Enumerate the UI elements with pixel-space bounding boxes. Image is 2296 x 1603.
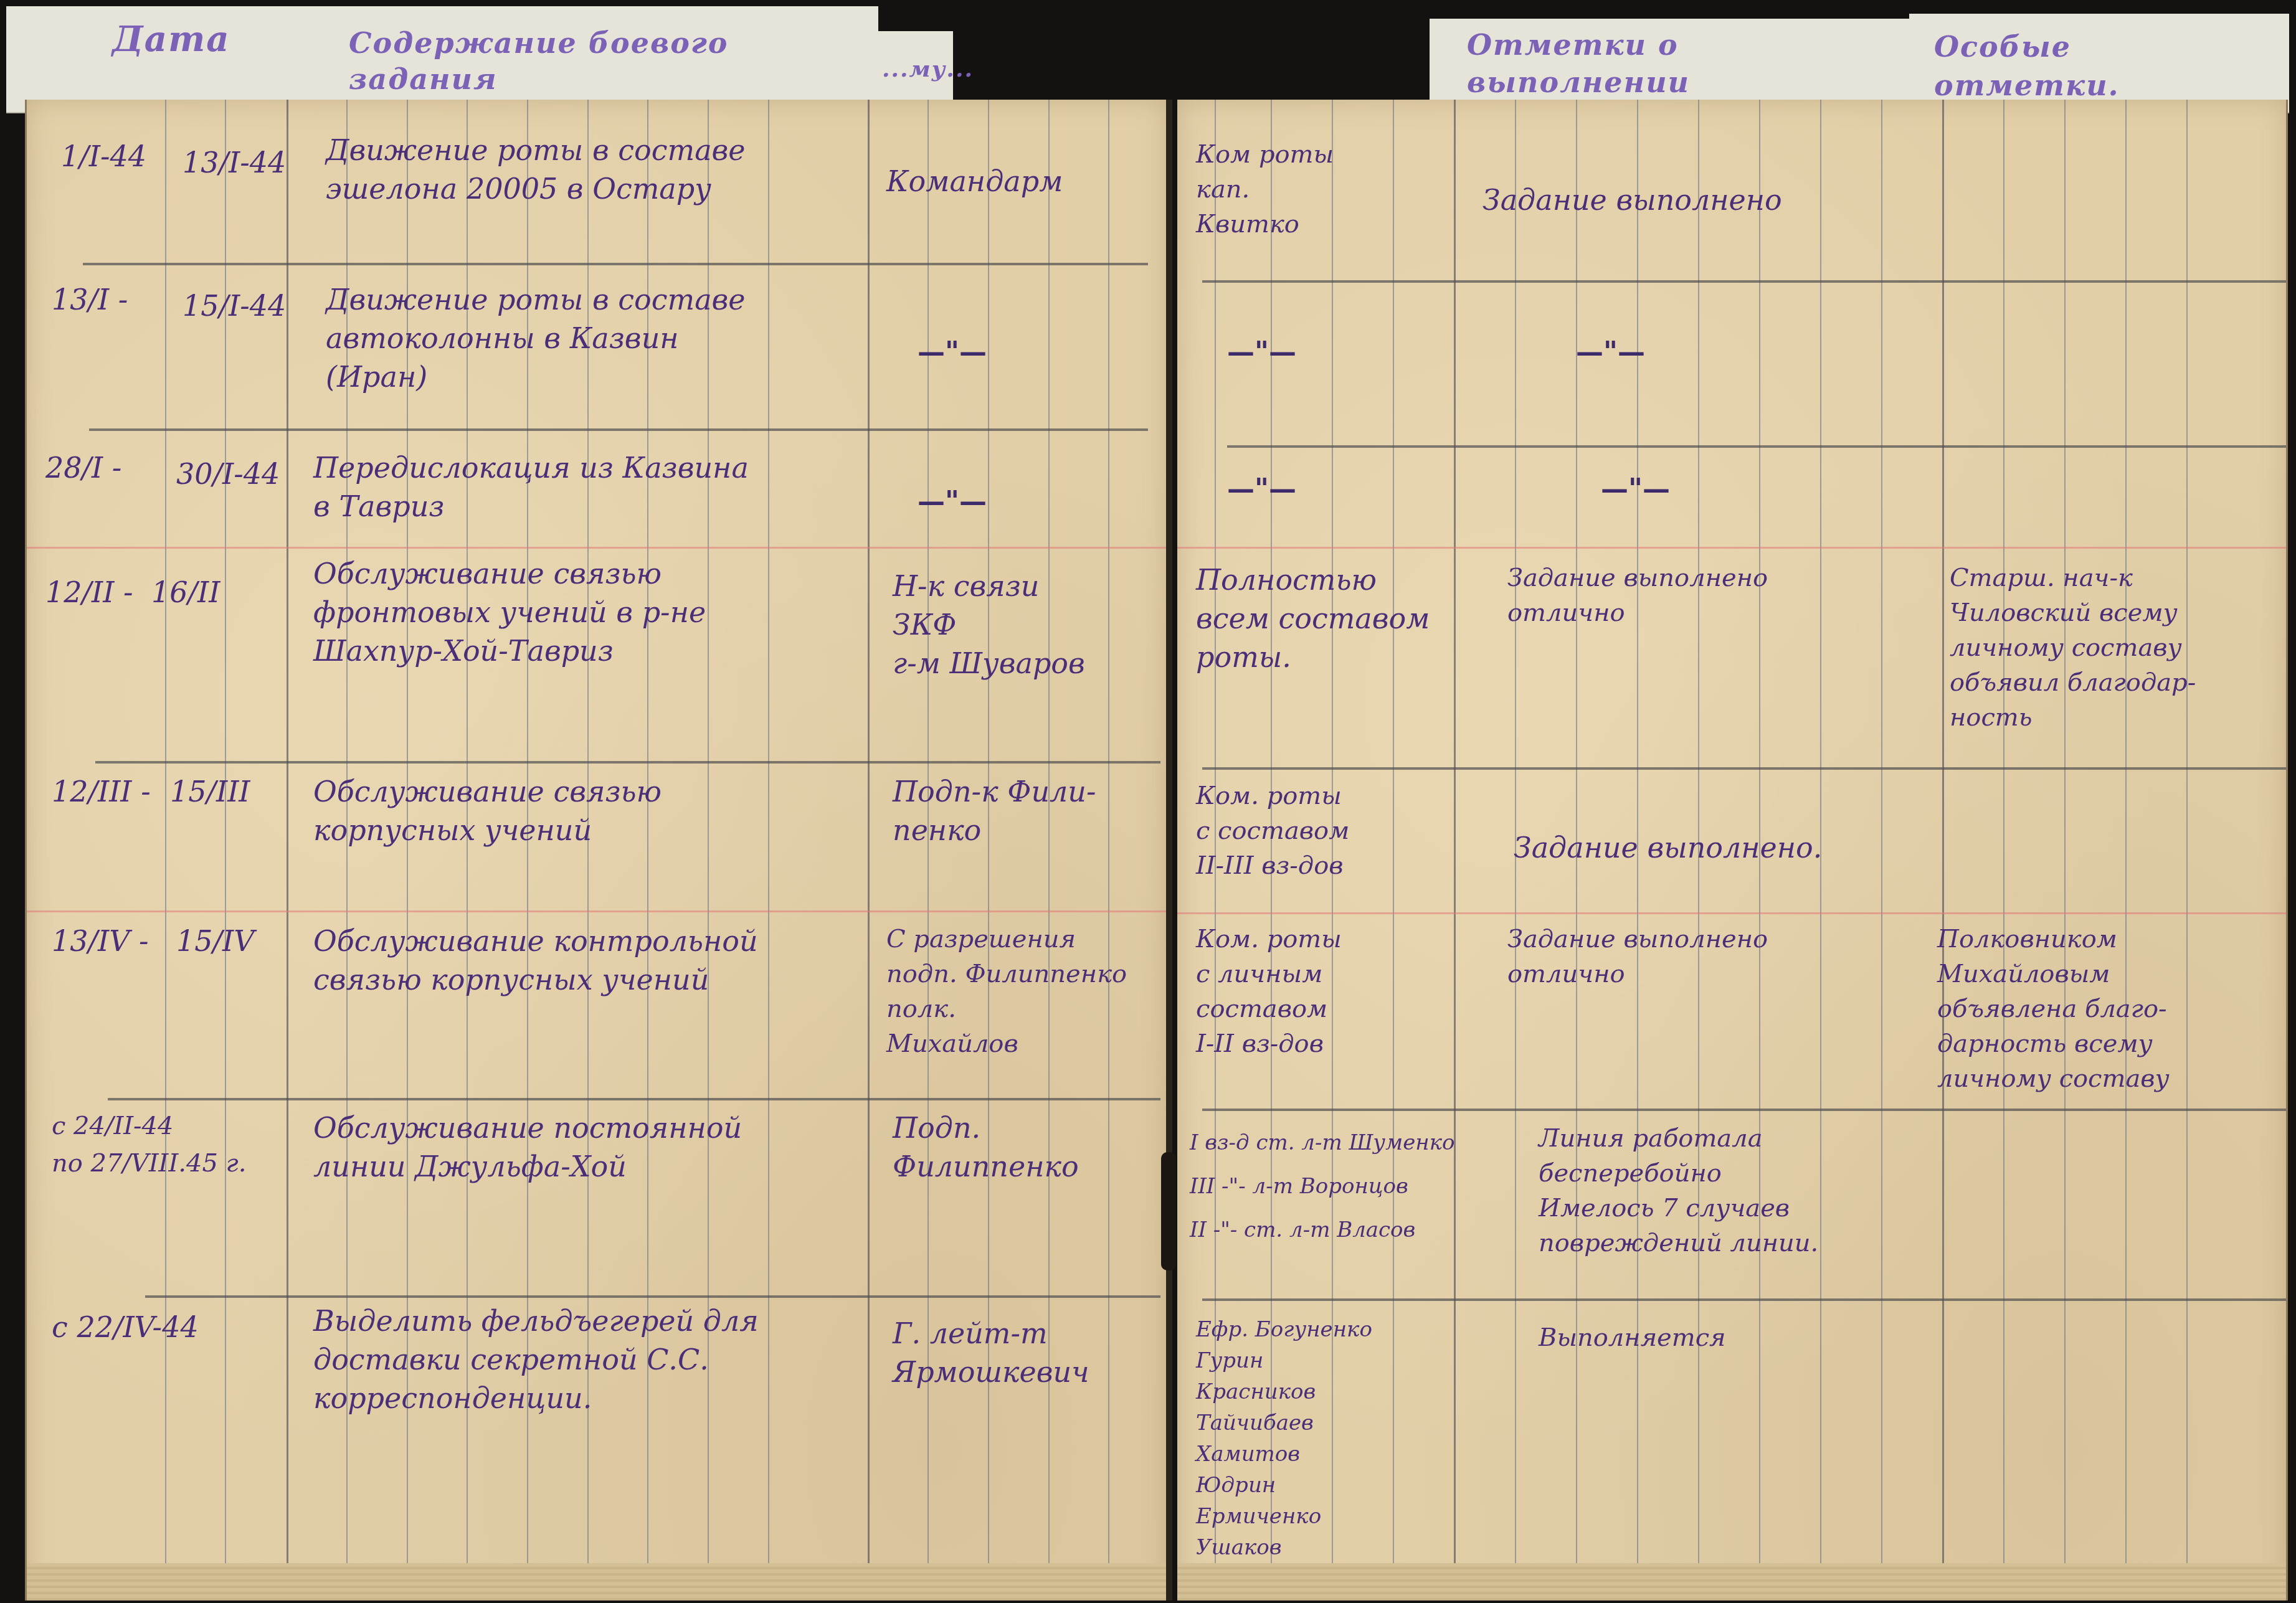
left-page: 1/I-44 13/I-44 Движение роты в составе э… — [25, 100, 1167, 1601]
page-edge — [1177, 1563, 2286, 1601]
header-special-notes: Особые отметки. — [1934, 27, 2121, 105]
row2-date-from: 13/I - — [52, 280, 128, 319]
header-execution-notes: Отметки о выполнении — [1467, 26, 1791, 101]
row5-result: Задание выполнено. — [1514, 828, 1822, 867]
subheader-executor: Ком роты кап. Квитко — [1196, 137, 1334, 242]
row5-date-to: 15/III — [170, 772, 250, 811]
row8-mission: Выделить фельдъегерей для доставки секре… — [313, 1302, 759, 1417]
row2-date-to: 15/I-44 — [183, 286, 286, 325]
header-strip-special: Особые отметки. — [1909, 14, 2289, 113]
subheader-result: Задание выполнено — [1482, 181, 1782, 219]
header-date: Дата — [112, 19, 230, 60]
row8-date-from: с 22/IV-44 — [52, 1308, 199, 1346]
right-page: Ком роты кап. Квитко Задание выполнено —… — [1177, 100, 2288, 1601]
row6-mission: Обслуживание контрольной связью корпусны… — [313, 922, 758, 999]
row4-date-from: 12/II - — [45, 573, 133, 612]
book-spine — [1166, 100, 1172, 1601]
row4-date-to: 16/II — [151, 573, 220, 612]
row6-executor: Ком. роты с личным составом I-II вз-дов — [1196, 922, 1342, 1061]
row2-issued-by-ditto: —"— — [918, 336, 987, 368]
row4-executor: Полностью всем составом роты. — [1196, 560, 1430, 676]
row4-issued-by: Н-к связи ЗКФ г-м Шуваров — [893, 567, 1085, 683]
row3-executor-ditto: —"— — [1227, 473, 1296, 505]
row2-mission: Движение роты в составе автоколонны в Ка… — [326, 280, 746, 396]
header-strip-left: Дата Содержание боевого задания — [6, 6, 878, 113]
row6-date-to: 15/IV — [176, 922, 254, 960]
row3-issued-by-ditto: —"— — [918, 486, 987, 518]
row3-date-from: 28/I - — [45, 448, 121, 487]
row1-issued-by: Командарм — [886, 162, 1063, 201]
row6-issued-by: С разрешения подп. Филиппенко полк. Миха… — [886, 922, 1127, 1061]
row6-date-from: 13/IV - — [52, 922, 149, 960]
row1-mission: Движение роты в составе эшелона 20005 в … — [326, 131, 746, 208]
row5-mission: Обслуживание связью корпусных учений — [313, 772, 662, 849]
row6-special: Полковником Михайловым объявлена благо- … — [1937, 922, 2170, 1096]
row5-issued-by: Подп-к Фили- пенко — [893, 772, 1096, 849]
row7-executor: I вз-д ст. л-т Шуменко III -"- л-т Ворон… — [1190, 1121, 1455, 1252]
row4-special: Старш. нач-к Чиловский всему личному сос… — [1950, 560, 2196, 735]
row7-date-to: по 27/VIII.45 г. — [52, 1146, 246, 1181]
row3-result-ditto: —"— — [1601, 473, 1670, 505]
row8-executor: Ефр. Богуненко Гурин Красников Тайчибаев… — [1196, 1314, 1372, 1563]
row3-mission: Передислокация из Казвина в Тавриз — [313, 448, 749, 526]
binding-stitch — [1161, 1152, 1176, 1270]
row6-result: Задание выполнено отлично — [1507, 922, 1768, 991]
row7-result: Линия работала бесперебойно Имелось 7 сл… — [1539, 1121, 1818, 1260]
row4-result: Задание выполнено отлично — [1507, 560, 1768, 630]
header-torn-fragment: ...му... — [882, 56, 974, 82]
header-mission-content: Содержание боевого задания — [349, 25, 797, 97]
row3-date-to: 30/I-44 — [176, 455, 280, 493]
row2-result-ditto: —"— — [1576, 336, 1645, 368]
row4-mission: Обслуживание связью фронтовых учений в р… — [313, 554, 706, 670]
row7-issued-by: Подп. Филиппенко — [893, 1109, 1079, 1186]
row7-date-from: с 24/II-44 — [52, 1109, 174, 1143]
row8-issued-by: Г. лейт-т Ярмошкевич — [893, 1314, 1089, 1391]
page-edge — [27, 1563, 1167, 1601]
row1-date-from: 1/I-44 — [61, 137, 146, 176]
row5-date-from: 12/III - — [52, 772, 151, 811]
row8-result: Выполняется — [1539, 1320, 1726, 1355]
row1-date-to: 13/I-44 — [183, 143, 286, 182]
row2-executor-ditto: —"— — [1227, 336, 1296, 368]
row7-mission: Обслуживание постоянной линии Джульфа-Хо… — [313, 1109, 742, 1186]
row5-executor: Ком. роты с составом II-III вз-дов — [1196, 778, 1349, 883]
